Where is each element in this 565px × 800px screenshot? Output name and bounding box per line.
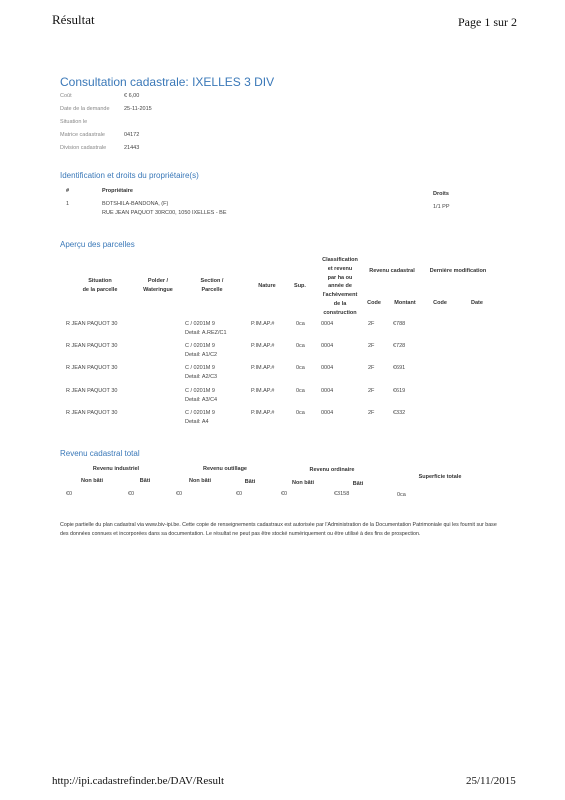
header-polder: Polder / Wateringue xyxy=(133,277,183,295)
industriel-non-bati-value: €0 xyxy=(66,490,72,499)
cell-section: C / 0201M 9 xyxy=(185,364,215,373)
outillage-non-bati-label: Non bâti xyxy=(180,477,220,486)
cell-detail: Detail: A3/C4 xyxy=(185,396,217,405)
meta-value-cost: € 6,00 xyxy=(124,93,139,99)
cell-sup: 0ca xyxy=(296,342,305,351)
cell-rc-code: 2F xyxy=(368,320,374,329)
header-sup: Sup. xyxy=(290,282,310,291)
cell-rc-code: 2F xyxy=(368,387,374,396)
superficie-label: Superficie totale xyxy=(405,473,475,482)
cell-rc-montant: €691 xyxy=(393,364,405,373)
cell-rc-code: 2F xyxy=(368,409,374,418)
meta-label-matrice: Matrice cadastrale xyxy=(60,132,105,138)
ordinaire-bati-label: Bâti xyxy=(348,480,368,489)
cell-detail: Detail: A2/C3 xyxy=(185,373,217,382)
cell-situation: R JEAN PAQUOT 30 xyxy=(66,320,117,329)
cell-rc-code: 2F xyxy=(368,342,374,351)
cell-classification: 0004 xyxy=(321,342,333,351)
header-dm-code: Code xyxy=(428,299,452,308)
cell-classification: 0004 xyxy=(321,364,333,373)
cell-situation: R JEAN PAQUOT 30 xyxy=(66,409,117,418)
ordinaire-non-bati-label: Non bâti xyxy=(283,479,323,488)
header-rc-montant: Montant xyxy=(390,299,420,308)
cell-section: C / 0201M 9 xyxy=(185,409,215,418)
header-revenu-cadastral: Revenu cadastral xyxy=(362,267,422,276)
owner-address: RUE JEAN PAQUOT 30RC00, 1050 IXELLES - B… xyxy=(102,209,227,218)
cell-rc-code: 2F xyxy=(368,364,374,373)
industriel-non-bati-label: Non bâti xyxy=(72,477,112,486)
cell-classification: 0004 xyxy=(321,387,333,396)
meta-label-cost: Coût xyxy=(60,93,72,99)
cell-situation: R JEAN PAQUOT 30 xyxy=(66,342,117,351)
total-section-title: Revenu cadastral total xyxy=(60,449,140,458)
cell-section: C / 0201M 9 xyxy=(185,342,215,351)
meta-value-matrice: 04172 xyxy=(124,132,139,138)
page-title: Consultation cadastrale: IXELLES 3 DIV xyxy=(60,75,274,89)
industriel-bati-label: Bâti xyxy=(135,477,155,486)
cell-rc-montant: €619 xyxy=(393,387,405,396)
header-derniere-modification: Dernière modification xyxy=(421,267,495,276)
meta-label-date: Date de la demande xyxy=(60,106,110,112)
ordinaire-bati-value: €3158 xyxy=(334,490,349,499)
cell-classification: 0004 xyxy=(321,320,333,329)
footer-url: http://ipi.cadastrefinder.be/DAV/Result xyxy=(52,775,224,787)
cell-rc-montant: €728 xyxy=(393,342,405,351)
header-section: Section / Parcelle xyxy=(187,277,237,295)
header-dm-date: Date xyxy=(465,299,489,308)
print-header-title: Résultat xyxy=(52,12,95,28)
page-number: Page 1 sur 2 xyxy=(458,15,517,30)
cell-rc-montant: €332 xyxy=(393,409,405,418)
cell-detail: Detail: A1/C2 xyxy=(185,351,217,360)
group-label-outillage: Revenu outillage xyxy=(185,465,265,474)
owners-header-num: # xyxy=(66,188,69,194)
cell-section: C / 0201M 9 xyxy=(185,387,215,396)
cell-sup: 0ca xyxy=(296,320,305,329)
header-situation: Situation de la parcelle xyxy=(70,277,130,295)
group-label-ordinaire: Revenu ordinaire xyxy=(292,466,372,475)
owner-name: BOTSHILA-BANDONA, (F) xyxy=(102,200,168,209)
group-label-industriel: Revenu industriel xyxy=(76,465,156,474)
owners-header-owner: Propriétaire xyxy=(102,188,133,194)
meta-label-situation: Situation le xyxy=(60,119,87,125)
ordinaire-non-bati-value: €0 xyxy=(281,490,287,499)
cell-classification: 0004 xyxy=(321,409,333,418)
cell-nature: P.IM.AP.# xyxy=(251,387,274,396)
meta-value-division: 21443 xyxy=(124,145,139,151)
cell-rc-montant: €788 xyxy=(393,320,405,329)
cell-sup: 0ca xyxy=(296,409,305,418)
cell-sup: 0ca xyxy=(296,387,305,396)
header-rc-code: Code xyxy=(364,299,384,308)
superficie-value: 0ca xyxy=(397,491,406,500)
cell-nature: P.IM.AP.# xyxy=(251,342,274,351)
parcels-section-title: Aperçu des parcelles xyxy=(60,240,135,249)
owner-rights: 1/1 PP xyxy=(433,203,450,212)
outillage-bati-label: Bâti xyxy=(240,478,260,487)
header-classification: Classification et revenu par ha ou année… xyxy=(312,256,368,318)
outillage-bati-value: €0 xyxy=(236,490,242,499)
cell-nature: P.IM.AP.# xyxy=(251,320,274,329)
meta-label-division: Division cadastrale xyxy=(60,145,106,151)
owners-section-title: Identification et droits du propriétaire… xyxy=(60,171,199,180)
cell-detail: Detail: A4 xyxy=(185,418,209,427)
disclaimer: Copie partielle du plan cadastral via ww… xyxy=(60,521,500,539)
owners-header-rights: Droits xyxy=(433,191,449,197)
footer-date: 25/11/2015 xyxy=(466,775,516,787)
cell-situation: R JEAN PAQUOT 30 xyxy=(66,364,117,373)
owner-num: 1 xyxy=(66,200,69,209)
cell-section: C / 0201M 9 xyxy=(185,320,215,329)
cell-sup: 0ca xyxy=(296,364,305,373)
cell-situation: R JEAN PAQUOT 30 xyxy=(66,387,117,396)
cell-detail: Detail: A.REZ/C1 xyxy=(185,329,227,338)
cell-nature: P.IM.AP.# xyxy=(251,364,274,373)
industriel-bati-value: €0 xyxy=(128,490,134,499)
cell-nature: P.IM.AP.# xyxy=(251,409,274,418)
header-nature: Nature xyxy=(252,282,282,291)
meta-value-date: 25-11-2015 xyxy=(124,106,152,112)
outillage-non-bati-value: €0 xyxy=(176,490,182,499)
